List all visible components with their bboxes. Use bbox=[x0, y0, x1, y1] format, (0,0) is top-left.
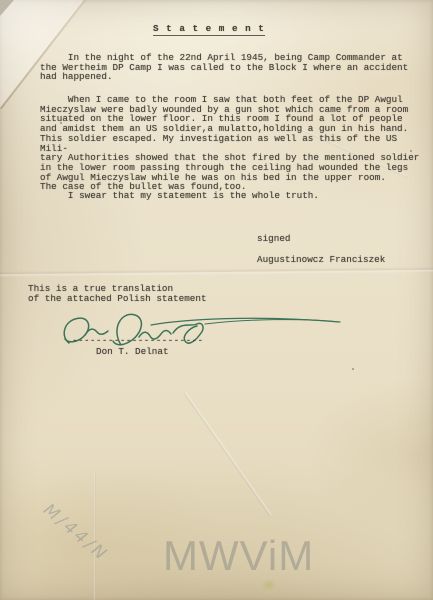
translation-note: This is a true translation of the attach… bbox=[28, 284, 288, 303]
paragraph-incident-intro: In the night of the 22nd April 1945, bei… bbox=[40, 53, 420, 82]
signatory-name: Augustinowcz Franciszek bbox=[257, 255, 385, 265]
translator-typed-name: Don T. Delnat bbox=[96, 347, 169, 357]
paragraph-oath: I swear that my statement is the whole t… bbox=[40, 191, 420, 201]
signed-label: signed bbox=[257, 234, 290, 244]
scanned-document: S t a t e m e n t In the night of the 22… bbox=[0, 0, 433, 600]
statement-title: S t a t e m e n t bbox=[153, 24, 265, 36]
paper-speck bbox=[352, 368, 354, 370]
signature-underline: ---------------------- bbox=[72, 336, 204, 346]
paragraph-incident-details: When I came to the room I saw that both … bbox=[40, 95, 425, 192]
stain-spot bbox=[261, 579, 277, 591]
mwvim-watermark: MWViM bbox=[163, 532, 314, 580]
